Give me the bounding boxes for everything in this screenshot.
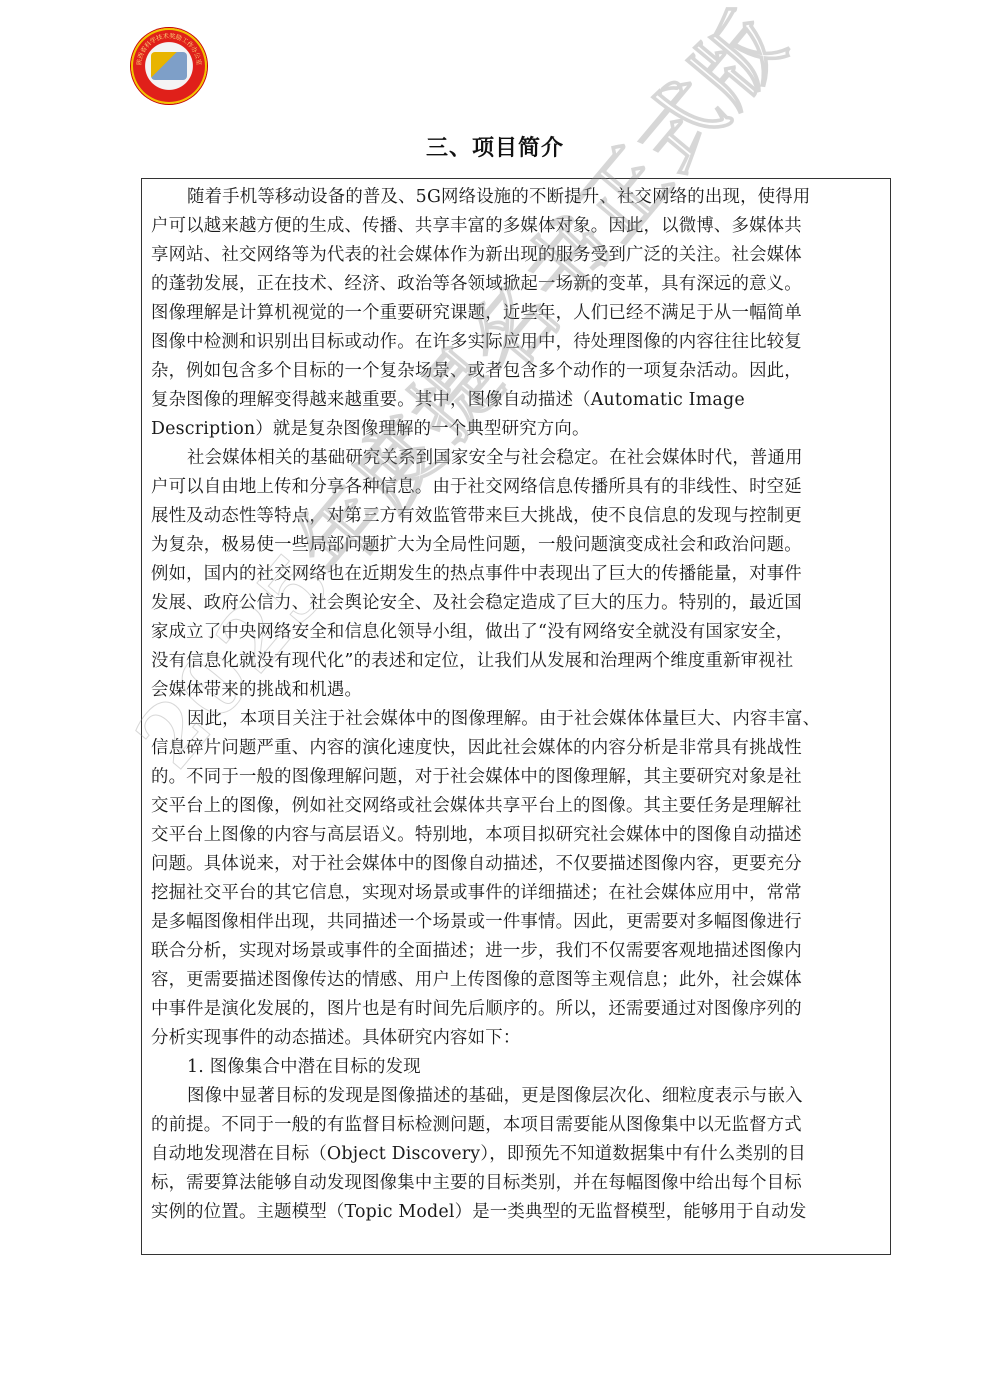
text-line: 家成立了中央网络安全和信息化领导小组，做出了“没有网络安全就没有国家安全，	[151, 618, 883, 647]
text-line: 中事件是演化发展的，图片也是有时间先后顺序的。所以，还需要通过对图像序列的	[151, 995, 883, 1024]
text-line: 容，更需要描述图像传达的情感、用户上传图像的意图等主观信息；此外，社会媒体	[151, 966, 883, 995]
text-line: 图像理解是计算机视觉的一个重要研究课题，近些年，人们已经不满足于从一幅简单	[151, 299, 883, 328]
text-line: 问题。具体说来，对于社会媒体中的图像自动描述，不仅要描述图像内容，更要充分	[151, 850, 883, 879]
page-title: 三、项目简介	[0, 131, 990, 162]
text-line: 自动地发现潜在目标（Object Discovery），即预先不知道数据集中有什…	[151, 1140, 883, 1169]
svg-text:陕西省科学技术奖励工作办公室: 陕西省科学技术奖励工作办公室	[135, 32, 203, 66]
text-line: 的。不同于一般的图像理解问题，对于社会媒体中的图像理解，其主要研究对象是社	[151, 763, 883, 792]
text-line: 没有信息化就没有现代化”的表述和定位，让我们从发展和治理两个维度重新审视社	[151, 647, 883, 676]
text-line: 标，需要算法能够自动发现图像集中主要的目标类别，并在每幅图像中给出每个目标	[151, 1169, 883, 1198]
text-line: 交平台上的图像，例如社交网络或社会媒体共享平台上的图像。其主要任务是理解社	[151, 792, 883, 821]
text-line: 的前提。不同于一般的有监督目标检测问题，本项目需要能从图像集中以无监督方式	[151, 1111, 883, 1140]
text-line: 图像中检测和识别出目标或动作。在许多实际应用中，待处理图像的内容往往比较复	[151, 328, 883, 357]
text-line: 复杂图像的理解变得越来越重要。其中，图像自动描述（Automatic Image	[151, 386, 883, 415]
text-line: 会媒体带来的挑战和机遇。	[151, 676, 883, 705]
text-line: 例如，国内的社交网络也在近期发生的热点事件中表现出了巨大的传播能量，对事件	[151, 560, 883, 589]
text-line: 杂，例如包含多个目标的一个复杂场景、或者包含多个动作的一项复杂活动。因此，	[151, 357, 883, 386]
text-line: 展性及动态性等特点，对第三方有效监管带来巨大挑战，使不良信息的发现与控制更	[151, 502, 883, 531]
text-line: 为复杂，极易使一些局部问题扩大为全局性问题，一般问题演变成社会和政治问题。	[151, 531, 883, 560]
text-line: 随着手机等移动设备的普及、5G网络设施的不断提升、社交网络的出现，使得用	[151, 183, 883, 212]
text-line: 图像中显著目标的发现是图像描述的基础，更是图像层次化、细粒度表示与嵌入	[151, 1082, 883, 1111]
project-summary-box: 随着手机等移动设备的普及、5G网络设施的不断提升、社交网络的出现，使得用户可以越…	[141, 178, 891, 1255]
text-line: 户可以自由地上传和分享各种信息。由于社交网络信息传播所具有的非线性、时空延	[151, 473, 883, 502]
text-line: 联合分析，实现对场景或事件的全面描述；进一步，我们不仅需要客观地描述图像内	[151, 937, 883, 966]
text-line: 享网站、社交网络等为代表的社会媒体作为新出现的服务受到广泛的关注。社会媒体	[151, 241, 883, 270]
text-line: 交平台上图像的内容与高层语义。特别地，本项目拟研究社会媒体中的图像自动描述	[151, 821, 883, 850]
text-line: 挖掘社交平台的其它信息，实现对场景或事件的详细描述；在社会媒体应用中，常常	[151, 879, 883, 908]
text-line: 信息碎片问题严重、内容的演化速度快，因此社会媒体的内容分析是非常具有挑战性	[151, 734, 883, 763]
text-line: 实例的位置。主题模型（Topic Model）是一类典型的无监督模型，能够用于自…	[151, 1198, 883, 1227]
text-line: 发展、政府公信力、社会舆论安全、及社会稳定造成了巨大的压力。特别的，最近国	[151, 589, 883, 618]
text-line: Description）就是复杂图像理解的一个典型研究方向。	[151, 415, 883, 444]
seal-ring-icon: 陕西省科学技术奖励工作办公室	[131, 28, 207, 104]
text-line: 因此，本项目关注于社会媒体中的图像理解。由于社会媒体体量巨大、内容丰富、	[151, 705, 883, 734]
organization-seal-logo: 陕西省科学技术奖励工作办公室	[131, 28, 207, 104]
text-line: 的蓬勃发展，正在技术、经济、政治等各领域掀起一场新的变革，具有深远的意义。	[151, 270, 883, 299]
text-line: 户可以越来越方便的生成、传播、共享丰富的多媒体对象。因此，以微博、多媒体共	[151, 212, 883, 241]
text-line: 社会媒体相关的基础研究关系到国家安全与社会稳定。在社会媒体时代，普通用	[151, 444, 883, 473]
text-line: 分析实现事件的动态描述。具体研究内容如下：	[151, 1024, 883, 1053]
section-heading: 1. 图像集合中潜在目标的发现	[151, 1053, 883, 1082]
text-line: 是多幅图像相伴出现，共同描述一个场景或一件事情。因此，更需要对多幅图像进行	[151, 908, 883, 937]
